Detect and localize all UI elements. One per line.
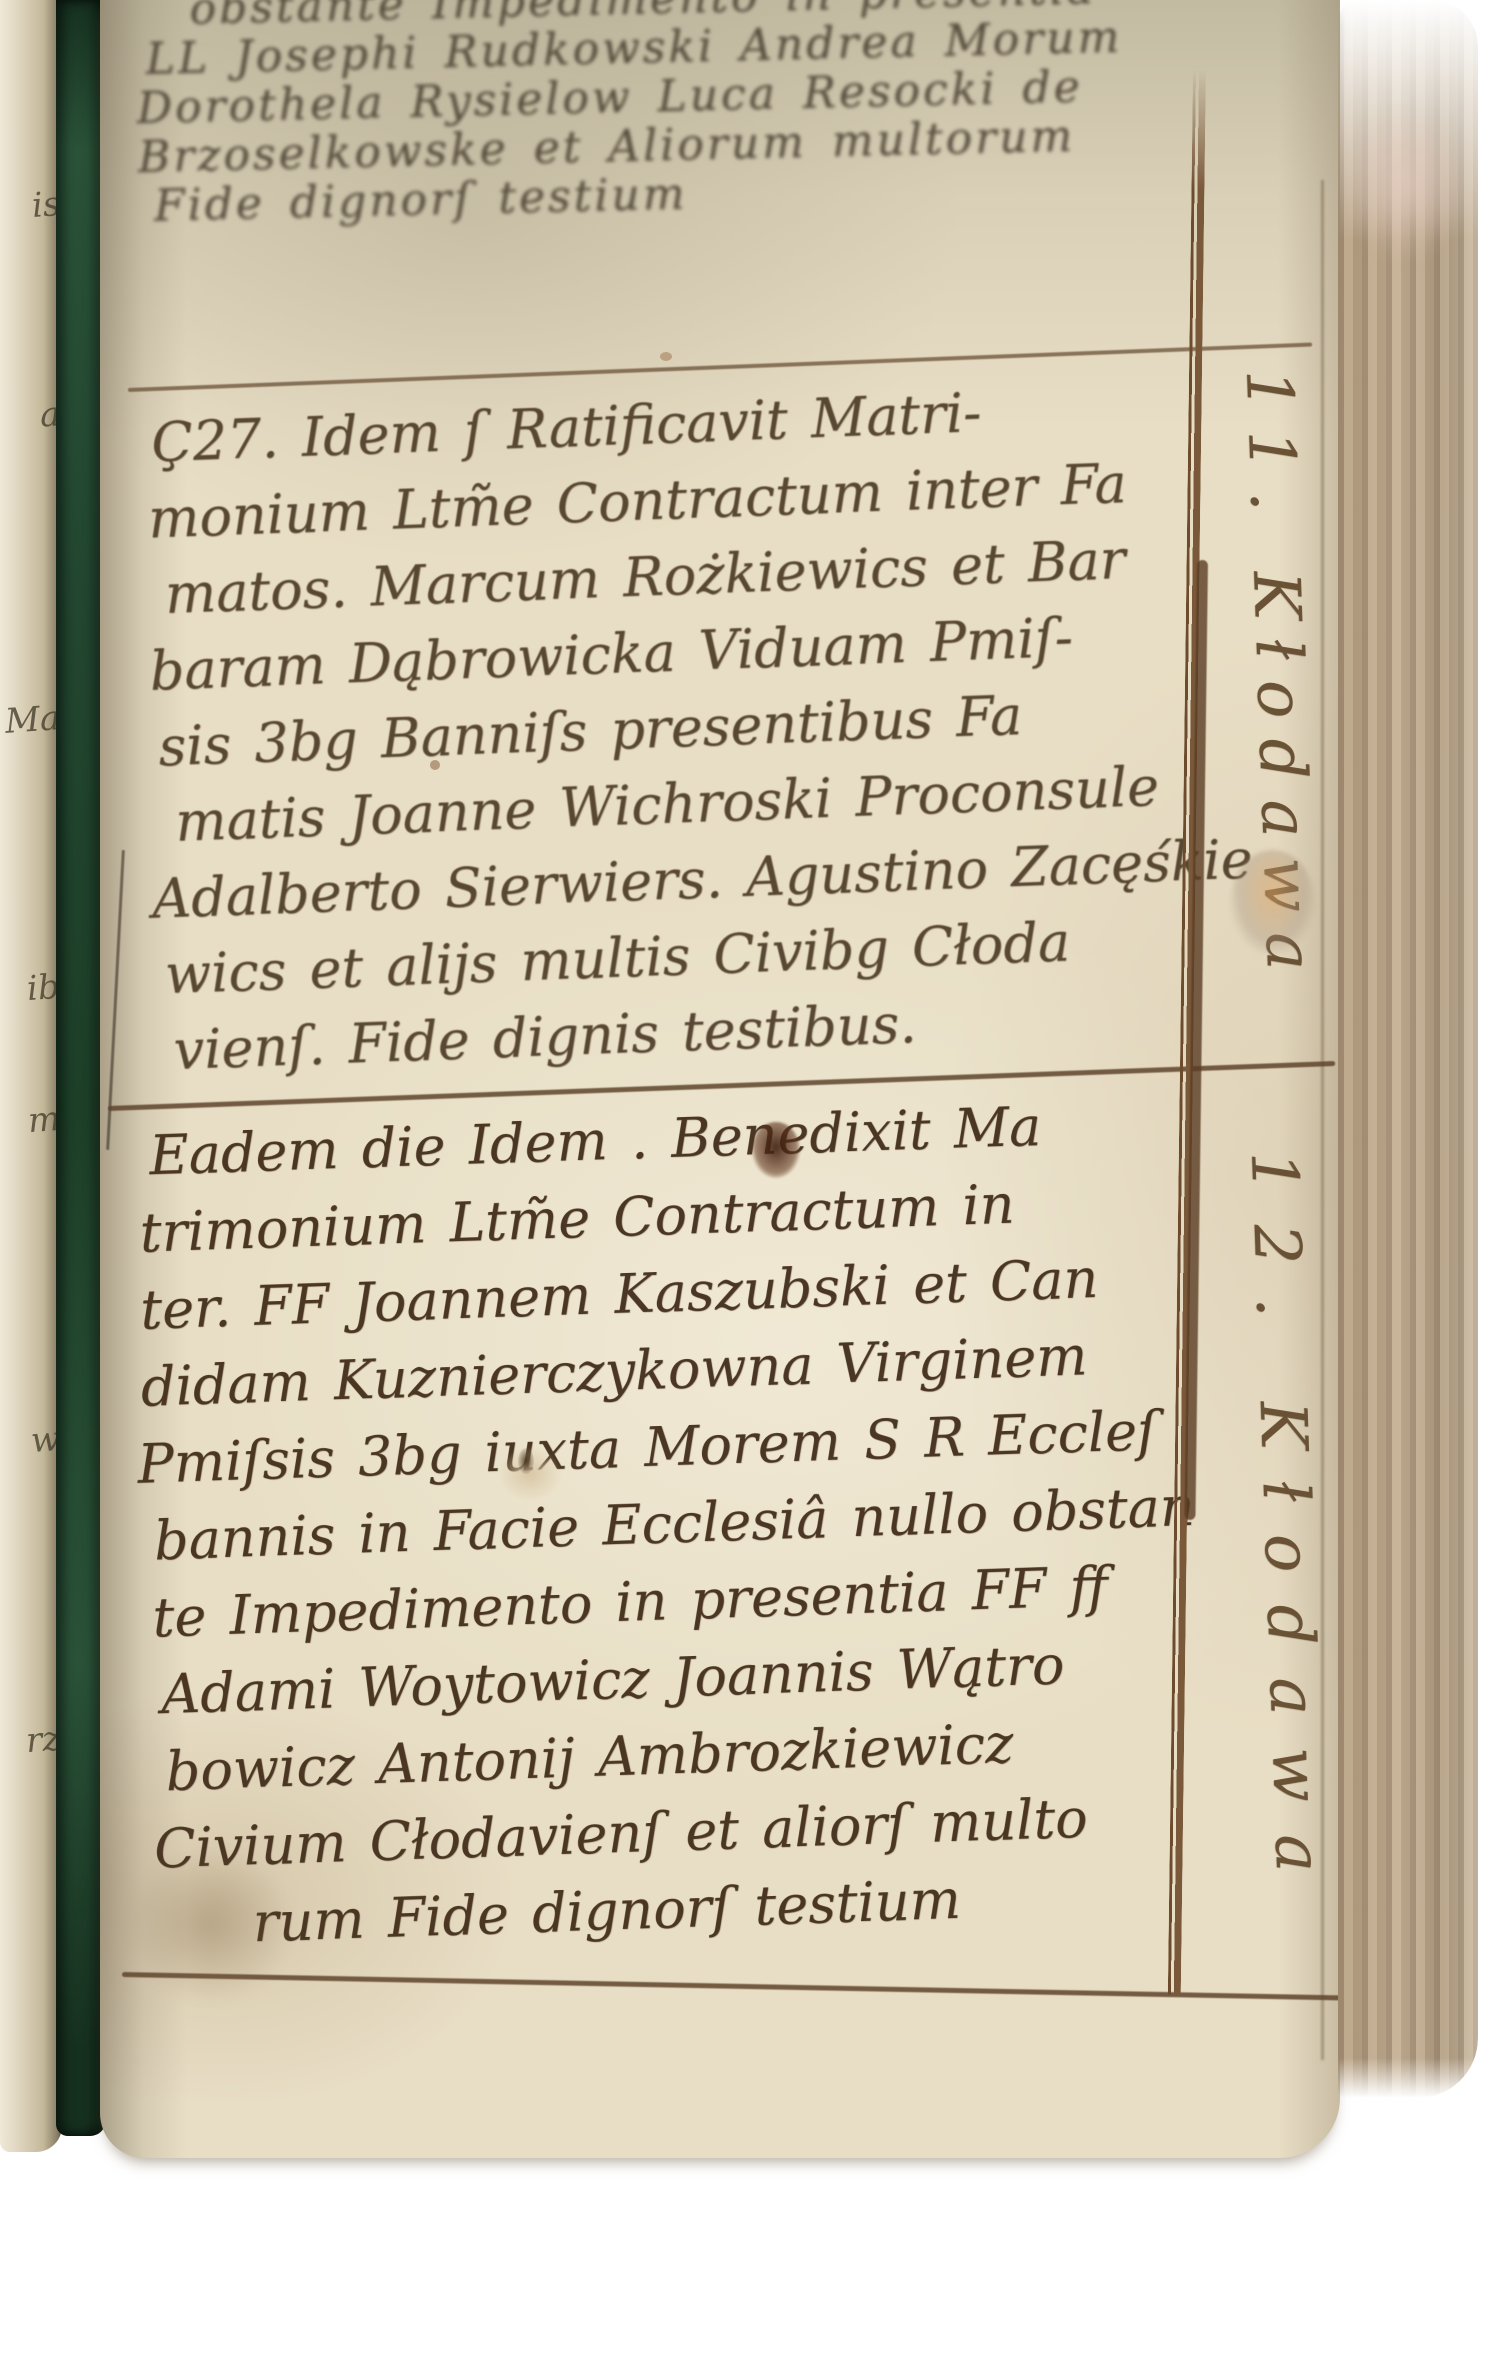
ink-speck <box>660 352 672 361</box>
previous-entry-continuation: obstante Impedimento in presentia LL Jos… <box>134 0 1219 231</box>
scanned-register-page: is a Ma ib m w rz obstante Impedimento i… <box>0 0 1511 2377</box>
book-fore-edge <box>1338 0 1478 2098</box>
entry-12: Eadem die Idem . Benedixit Ma trimonium … <box>126 1081 1283 1965</box>
book-spine <box>56 0 106 2136</box>
entry-divider-rule <box>122 1972 1397 2001</box>
paper-smudge <box>130 1850 290 2000</box>
ink-speck <box>430 760 440 770</box>
ink-blot-stain <box>752 1122 800 1178</box>
fore-edge-highlight <box>1346 110 1466 260</box>
entry-11: Ç27. Idem ſ Ratificavit Matri- monium Lt… <box>134 365 1268 1089</box>
register-page: obstante Impedimento in presentia LL Jos… <box>100 0 1340 2158</box>
worm-hole <box>518 1448 534 1474</box>
wax-stain <box>1230 850 1315 955</box>
adjacent-page-edge: is a Ma ib m w rz <box>0 0 62 2152</box>
page-fragment-text: Ma <box>4 698 62 742</box>
